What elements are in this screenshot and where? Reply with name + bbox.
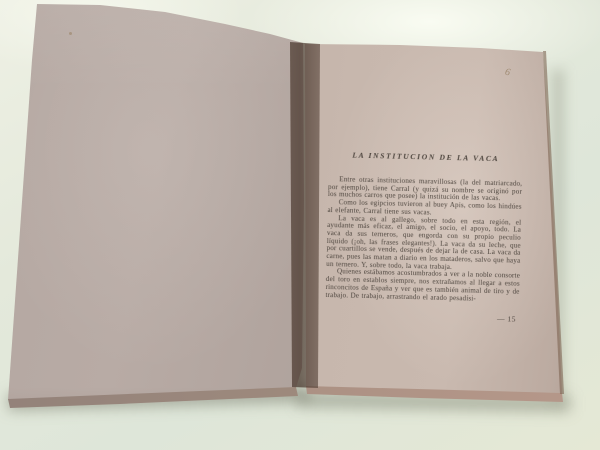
printed-text-block: LA INSTITUCION DE LA VACA Entre otras in… (325, 150, 523, 324)
book-photo: LA INSTITUCION DE LA VACA Entre otras in… (0, 0, 600, 450)
paragraph-4: Quienes estábamos acostumbrados a ver a … (325, 268, 520, 304)
paper-speck (69, 32, 72, 35)
paragraph-3: La vaca es al gallego, sobre todo en est… (326, 214, 521, 273)
